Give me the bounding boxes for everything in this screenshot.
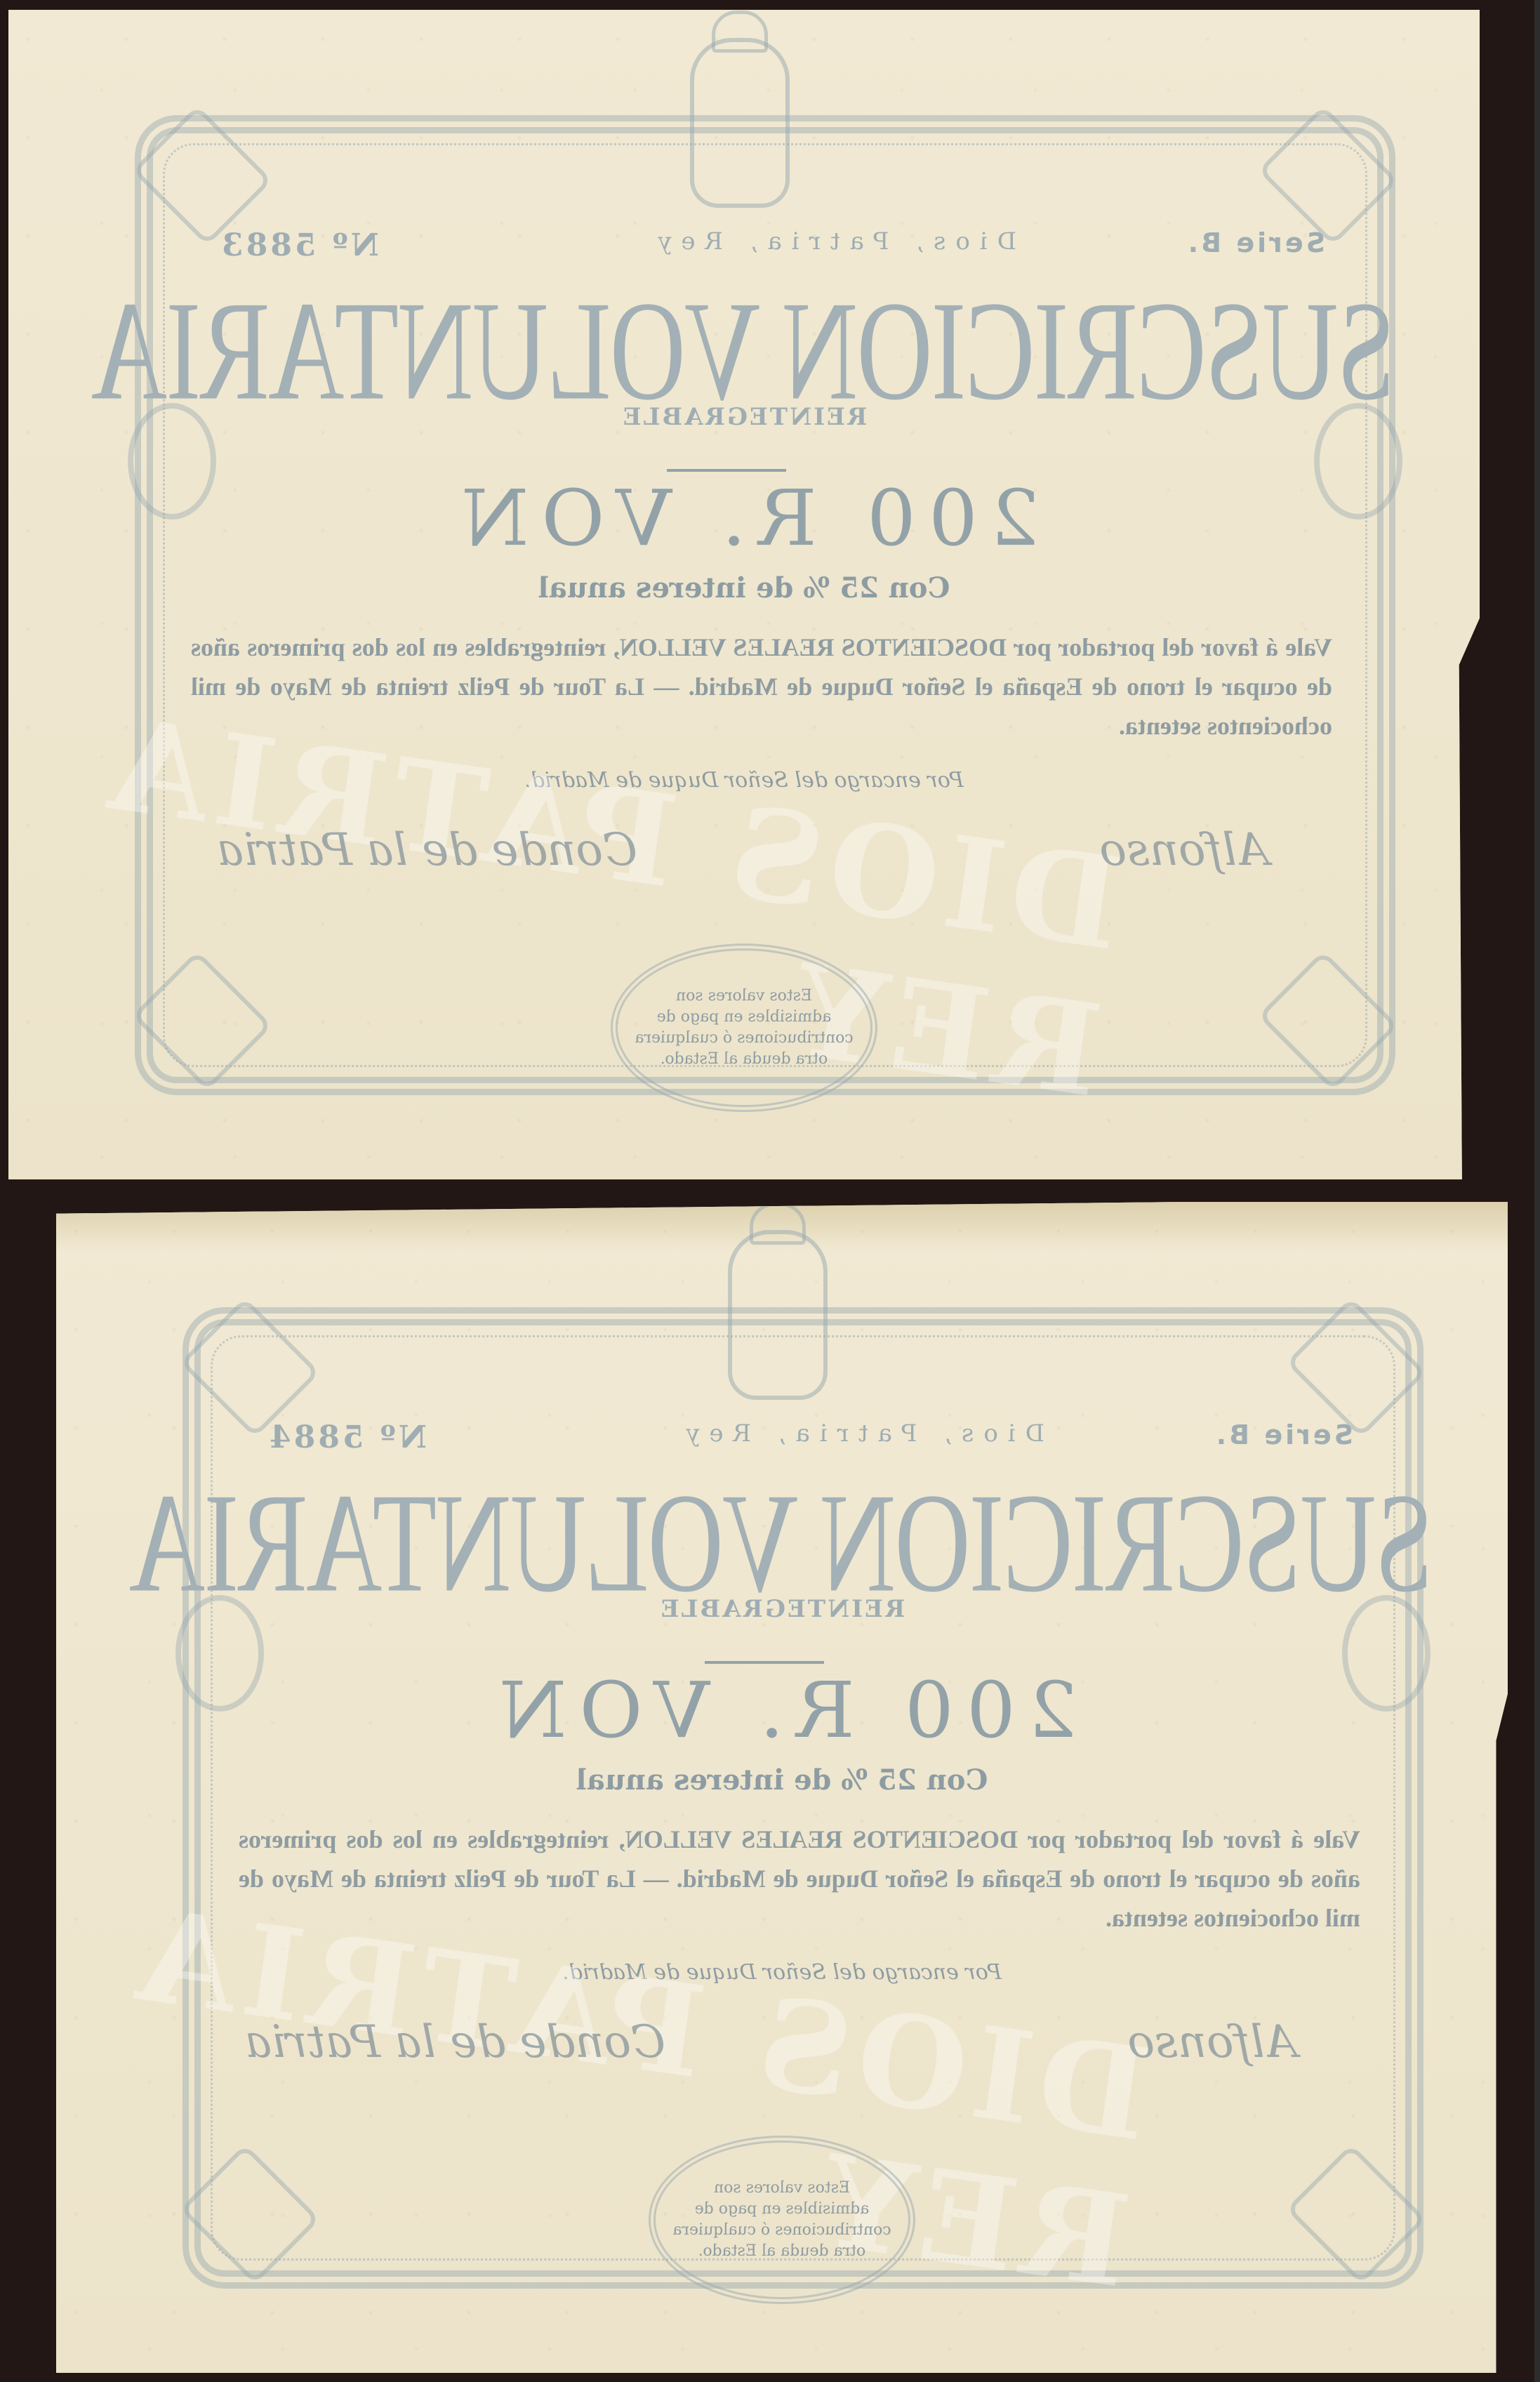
interest-text: Con 25 % de interes anual	[56, 1764, 1508, 1797]
denomination: 200 R. VON	[56, 1665, 1508, 1755]
mirrored-print: Serie B. Dios, Patria, Rey Nº 5883 SUSCR…	[8, 10, 1480, 1179]
note-subtitle: REINTEGRABLE	[56, 1595, 1508, 1623]
banknote-top: Serie B. Dios, Patria, Rey Nº 5883 SUSCR…	[8, 10, 1480, 1179]
scan-background: Serie B. Dios, Patria, Rey Nº 5883 SUSCR…	[0, 0, 1534, 2382]
signature-right: Alfonso	[1100, 824, 1270, 876]
crown-coat-of-arms-icon	[728, 1230, 828, 1400]
banknote-bottom: Serie B. Dios, Patria, Rey Nº 5884 SUSCR…	[56, 1202, 1508, 2373]
signature-left: Conde de la Patria	[245, 2016, 665, 2068]
margin-script-ornament	[1423, 115, 1508, 1098]
serie-label: Serie B.	[1186, 227, 1325, 258]
oval-cartouche: Estos valores son admisibles en pago de …	[649, 2136, 915, 2304]
oval-cartouche: Estos valores son admisibles en pago de …	[611, 944, 877, 1112]
margin-script-ornament	[1452, 1307, 1536, 2290]
serial-number: Nº 5883	[219, 227, 379, 263]
note-subtitle: REINTEGRABLE	[8, 403, 1480, 431]
serial-number: Nº 5884	[267, 1420, 427, 1455]
crown-coat-of-arms-icon	[690, 38, 790, 208]
motto-text: Dios, Patria, Rey	[676, 1420, 1044, 1448]
interest-text: Con 25 % de interes anual	[8, 571, 1480, 604]
mirrored-print: Serie B. Dios, Patria, Rey Nº 5884 SUSCR…	[56, 1202, 1508, 2373]
signature-left: Conde de la Patria	[217, 824, 637, 876]
serie-label: Serie B.	[1214, 1420, 1353, 1450]
denomination: 200 R. VON	[8, 473, 1480, 563]
signature-right: Alfonso	[1128, 2016, 1298, 2068]
motto-text: Dios, Patria, Rey	[648, 227, 1016, 256]
